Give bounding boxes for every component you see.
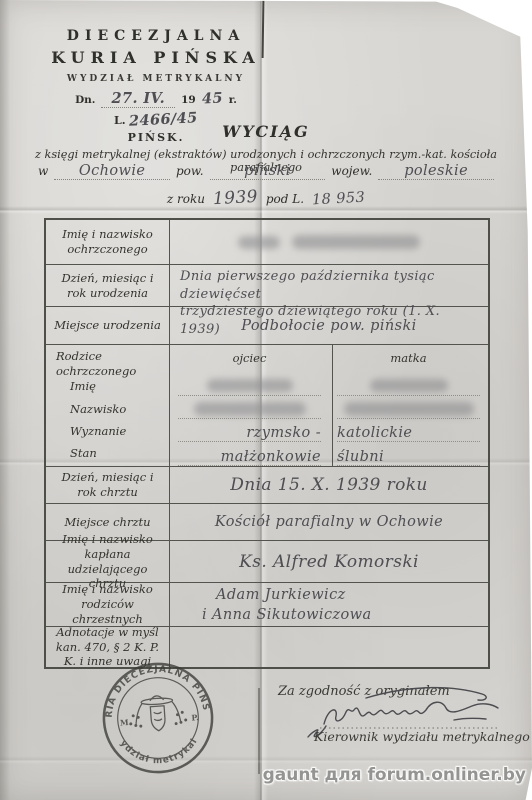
- parents-surnames: [170, 396, 488, 419]
- field-wyznanie-label: Wyznanie: [56, 420, 165, 442]
- row-label: Miejsce urodzenia: [46, 307, 170, 344]
- stamp-letter-m: M.: [120, 718, 132, 728]
- redacted-first-name: [238, 236, 280, 249]
- field-nazwisko-label: Nazwisko: [56, 399, 165, 421]
- row-label: Imię i nazwisko ochrzczonego: [46, 220, 170, 264]
- paper: DIECEZJALNA KURIA PIŃSKA WYDZIAŁ METRYKA…: [0, 0, 532, 800]
- parents-label: Rodzice ochrzczonego: [56, 349, 165, 375]
- father-mother-divider: [332, 345, 333, 466]
- row-label: Imię i nazwisko rodziców chrzestnych: [46, 583, 170, 626]
- religion-left: rzymsko -: [178, 418, 321, 442]
- redacted-surname: [292, 235, 420, 249]
- date-label: Dn.: [75, 94, 95, 106]
- father-column-header: ojciec: [170, 351, 329, 365]
- certificate-table: Imię i nazwisko ochrzczonego Dzień, mies…: [44, 218, 490, 669]
- powiat-handwritten: piński: [244, 163, 291, 179]
- pod-label: pod L.: [266, 192, 304, 206]
- year-printed: 19: [181, 94, 196, 106]
- org-name-line1: DIECEZJALNA: [34, 28, 278, 44]
- wojewodztwo-handwritten: poleskie: [404, 163, 468, 179]
- scanned-document-page: DIECEZJALNA KURIA PIŃSKA WYDZIAŁ METRYKA…: [0, 0, 532, 800]
- field-imie-label: Imię: [56, 375, 165, 399]
- document-title: WYCIĄG: [0, 122, 532, 141]
- row-priest-name: Imię i nazwisko kapłana udzielającego ch…: [46, 540, 488, 582]
- registry-year-line: z roku 1939 pod L. 18 953: [0, 188, 532, 208]
- row-label: Imię i nazwisko kapłana udzielającego ch…: [46, 541, 170, 582]
- row-birth-place: Miejsce urodzenia Podbołocie pow. piński: [46, 306, 488, 344]
- field-stan-label: Stan: [56, 442, 165, 464]
- parents-values: ojciec matka rzymsko - katolickie: [170, 345, 488, 466]
- redacted-mother-first-name: [370, 379, 448, 392]
- row-value: Adam Jurkiewicz i Anna Sikutowiczowa: [170, 583, 488, 626]
- registry-year-handwritten: 1939: [212, 187, 258, 209]
- row-godparents: Imię i nazwisko rodziców chrzestnych Ada…: [46, 582, 488, 626]
- parents-marital-status: małżonkowie ślubni: [170, 442, 488, 466]
- row-value: Ks. Alfred Komorski: [170, 541, 488, 582]
- document-date-line: Dn. 27. IV. 19 45 r.: [34, 90, 278, 108]
- parents-religion: rzymsko - katolickie: [170, 419, 488, 442]
- birth-date-line1: Dnia pierwszego października tysiąc dzie…: [180, 268, 482, 303]
- wojew-label: wojew.: [331, 164, 372, 178]
- mother-column-header: matka: [329, 351, 488, 365]
- godparent-line1: Adam Jurkiewicz: [216, 586, 482, 606]
- parents-column-headers: ojciec matka: [170, 345, 488, 371]
- year-prefix: z roku: [167, 192, 205, 206]
- paper-edge-shadow: [0, 0, 10, 800]
- redacted-mother-surname: [344, 402, 474, 416]
- row-value: Dnia pierwszego października tysiąc dzie…: [170, 265, 488, 306]
- godparent-line2: i Anna Sikutowiczowa: [202, 606, 482, 626]
- signer-title: Kierownik wydziału metrykalnego: [314, 729, 530, 744]
- parish-location-line: w Ochowie pow. piński wojew. poleskie: [38, 163, 500, 180]
- status-right: ślubni: [337, 441, 480, 466]
- row-baptized-name: Imię i nazwisko ochrzczonego: [46, 220, 488, 264]
- row-value: Dnia 15. X. 1939 roku: [170, 467, 488, 503]
- row-label: Dzień, miesiąc i rok chrztu: [46, 467, 170, 503]
- parents-first-names: [170, 371, 488, 396]
- church-seal-stamp-icon: KURIA DIECEZJALNA PIŃSKA Wydział metryka…: [96, 656, 220, 780]
- status-left: małżonkowie: [178, 441, 321, 466]
- horizontal-crease-3: [0, 756, 532, 764]
- row-value: Kościół parafialny w Ochowie: [170, 504, 488, 540]
- org-name-line2: KURIA PIŃSKA: [34, 48, 278, 67]
- row-baptism-date: Dzień, miesiąc i rok chrztu Dnia 15. X. …: [46, 466, 488, 503]
- registry-number-handwritten: 18 953: [312, 190, 366, 209]
- row-annotations: Adnotacje w myśl kan. 470, § 2 K. P. K. …: [46, 626, 488, 667]
- row-value-empty: [170, 627, 488, 667]
- row-parents: Rodzice ochrzczonego Imię Nazwisko Wyzna…: [46, 344, 488, 466]
- department-name: WYDZIAŁ METRYKALNY: [34, 74, 278, 84]
- row-birth-date: Dzień, miesiąc i rok urodzenia Dnia pier…: [46, 264, 488, 306]
- year-handwritten: 45: [201, 89, 223, 107]
- forum-watermark: gaunt для forum.onliner.by: [263, 765, 526, 785]
- row-value: Podbołocie pow. piński: [170, 307, 488, 344]
- stamp-letter-p: P.: [191, 713, 199, 723]
- religion-right: katolickie: [337, 418, 480, 442]
- w-label: w: [38, 164, 48, 178]
- redacted-father-surname: [194, 402, 306, 416]
- parish-handwritten: Ochowie: [79, 163, 146, 179]
- row-label: Dzień, miesiąc i rok urodzenia: [46, 265, 170, 306]
- date-suffix: r.: [229, 94, 237, 106]
- date-handwritten: 27. IV.: [101, 90, 175, 108]
- pow-label: pow.: [176, 164, 204, 178]
- row-value: [170, 220, 488, 264]
- row-label: Rodzice ochrzczonego Imię Nazwisko Wyzna…: [46, 345, 170, 466]
- redacted-father-first-name: [207, 379, 293, 392]
